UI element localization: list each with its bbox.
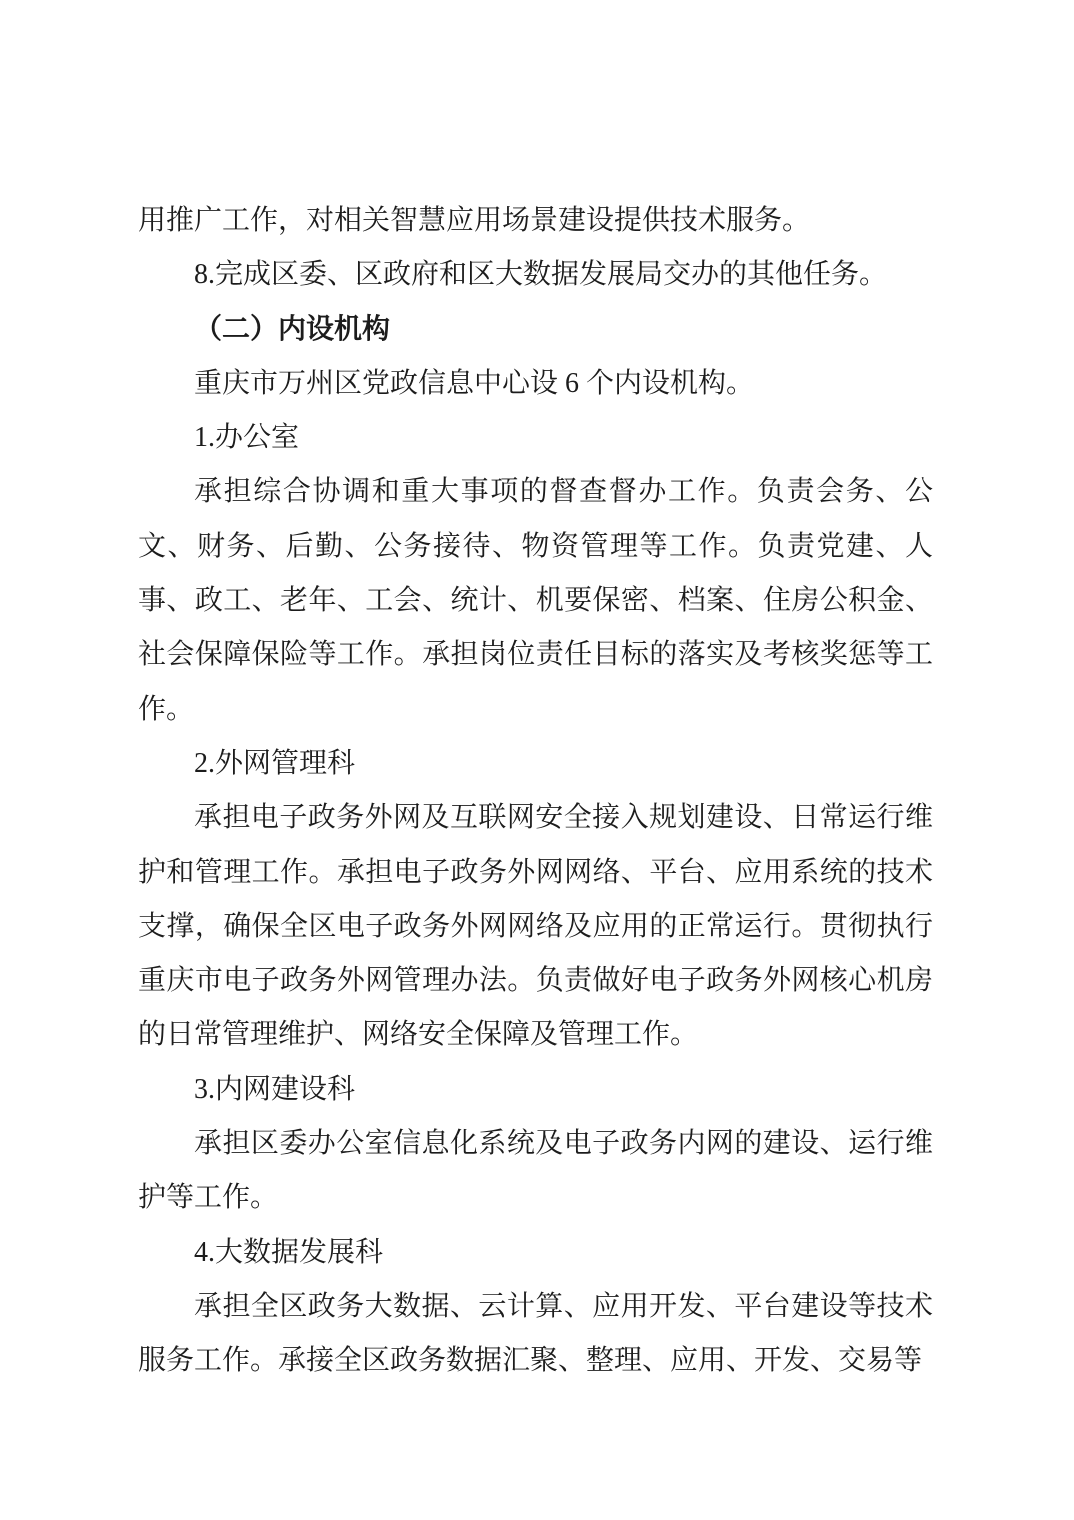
heading-dept-intranet: 3.内网建设科 <box>138 1063 933 1117</box>
section-heading-internal-organs: （二）内设机构 <box>138 303 933 357</box>
document-page: 用推广工作，对相关智慧应用场景建设提供技术服务。 8.完成区委、区政府和区大数据… <box>0 0 1074 1520</box>
paragraph-extranet-duties: 承担电子政务外网及互联网安全接入规划建设、日常运行维护和管理工作。承担电子政务外… <box>138 791 933 1062</box>
paragraph-office-duties: 承担综合协调和重大事项的督查督办工作。负责会务、公文、财务、后勤、公务接待、物资… <box>138 465 933 736</box>
paragraph-task-8: 8.完成区委、区政府和区大数据发展局交办的其他任务。 <box>138 248 933 302</box>
paragraph-bigdata-duties: 承担全区政务大数据、云计算、应用开发、平台建设等技术服务工作。承接全区政务数据汇… <box>138 1280 933 1389</box>
paragraph-continuation: 用推广工作，对相关智慧应用场景建设提供技术服务。 <box>138 194 933 248</box>
document-content: 用推广工作，对相关智慧应用场景建设提供技术服务。 8.完成区委、区政府和区大数据… <box>138 194 933 1389</box>
paragraph-intranet-duties: 承担区委办公室信息化系统及电子政务内网的建设、运行维护等工作。 <box>138 1117 933 1226</box>
heading-dept-extranet: 2.外网管理科 <box>138 737 933 791</box>
heading-dept-bigdata: 4.大数据发展科 <box>138 1226 933 1280</box>
heading-dept-office: 1.办公室 <box>138 411 933 465</box>
paragraph-org-count: 重庆市万州区党政信息中心设 6 个内设机构。 <box>138 357 933 411</box>
